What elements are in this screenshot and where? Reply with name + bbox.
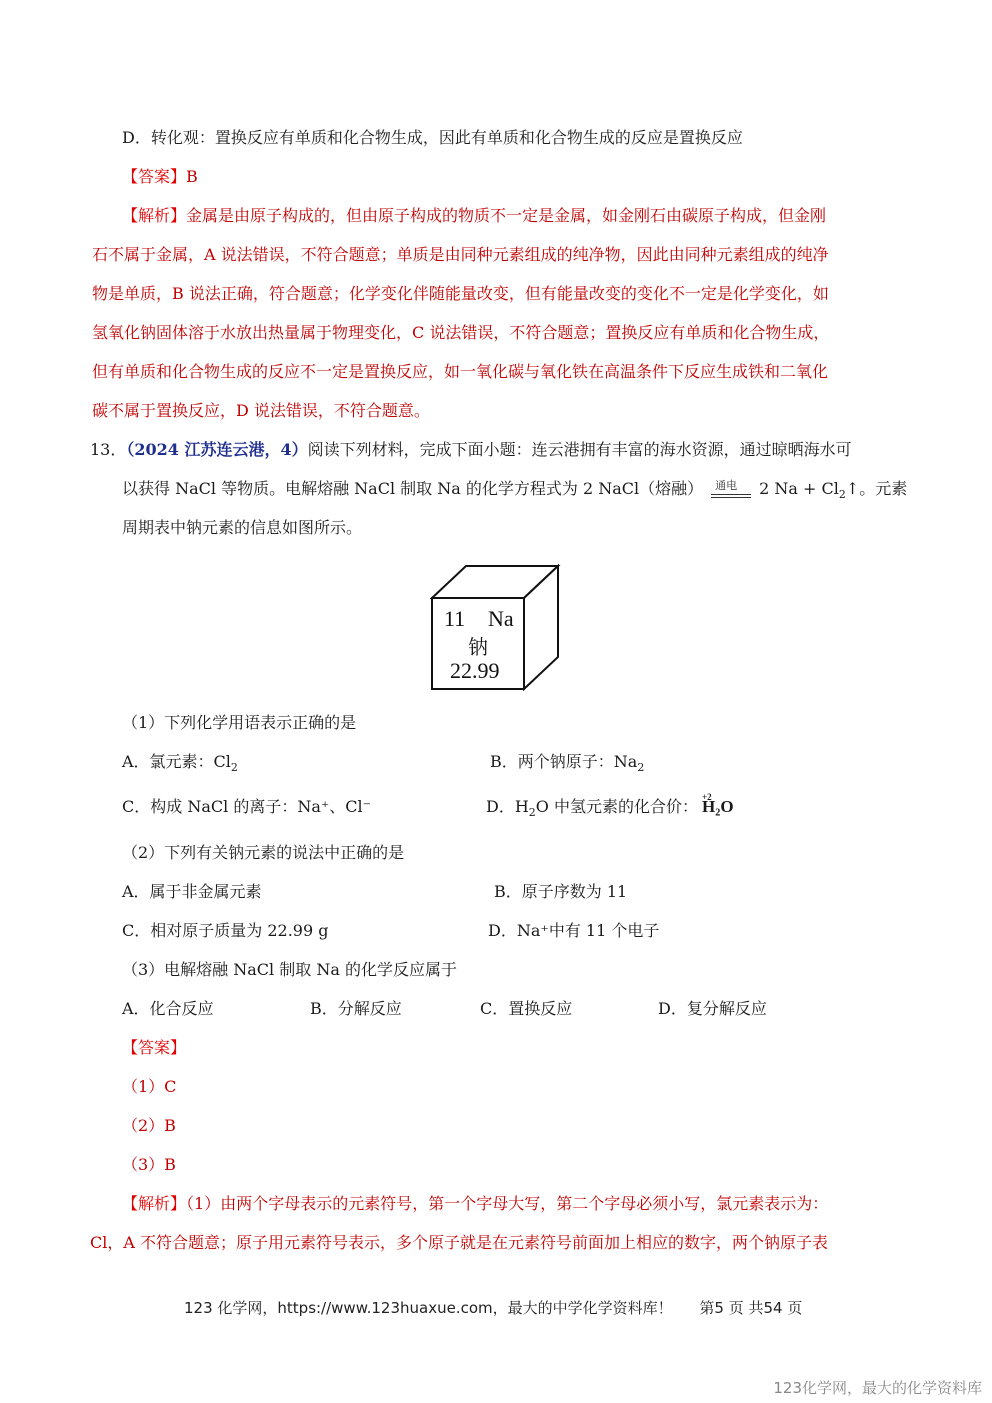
sub1-option-c[interactable]: C．构成 NaCl 的离子：Na⁺、Cl⁻ — [122, 797, 371, 817]
q13-analysis-label: 【解析】 — [122, 1194, 186, 1213]
question-13-stem-line-3: 周期表中钠元素的信息如图所示。 — [122, 518, 362, 538]
answer-value: B — [186, 167, 198, 186]
sub2-option-c[interactable]: C．相对原子质量为 22.99 g — [122, 921, 328, 941]
q13-answer-3: （3）B — [122, 1155, 176, 1175]
equation-condition: 通电 — [715, 476, 737, 496]
sub3-option-c[interactable]: C．置换反应 — [480, 999, 572, 1019]
sub3-option-d[interactable]: D．复分解反应 — [658, 999, 767, 1019]
q13-answer-1: （1）C — [122, 1077, 176, 1097]
question-number: 13． — [90, 440, 126, 459]
element-symbol: Na — [488, 606, 514, 632]
sub1-option-a[interactable]: A．氯元素：Cl2 — [122, 752, 238, 772]
q13-analysis-line-1: 【解析】（1）由两个字母表示的元素符号，第一个字母大写，第二个字母必须小写，氯元… — [122, 1194, 828, 1214]
sub1-option-b[interactable]: B．两个钠原子：Na2 — [490, 752, 644, 772]
sub3-option-a[interactable]: A．化合反应 — [122, 999, 214, 1019]
analysis-line-5: 但有单质和化合物生成的反应不一定是置换反应，如一氧化碳与氧化铁在高温条件下反应生… — [92, 362, 828, 382]
element-card: 11 Na 钠 22.99 — [430, 563, 562, 691]
answer-label: 【答案】 — [122, 167, 186, 186]
element-name: 钠 — [468, 631, 488, 660]
atomic-number: 11 — [444, 606, 465, 632]
analysis-line-1: 【解析】金属是由原子构成的，但由原子构成的物质不一定是金属，如金刚石由碳原子构成… — [122, 206, 826, 226]
q13-answer-label: 【答案】 — [122, 1038, 186, 1058]
page-footer: 123 化学网，https://www.123huaxue.com，最大的中学化… — [184, 1298, 802, 1318]
analysis-line-6: 碳不属于置换反应，D 说法错误，不符合题意。 — [92, 401, 430, 421]
q13-analysis-line-2: Cl，A 不符合题意；原子用元素符号表示，多个原子就是在元素符号前面加上相应的数… — [90, 1233, 828, 1253]
footer-text: 123 化学网，https://www.123huaxue.com，最大的中学化… — [184, 1299, 673, 1317]
sub2-option-d[interactable]: D．Na⁺中有 11 个电子 — [488, 921, 659, 941]
analysis-line-2: 石不属于金属，A 说法错误，不符合题意；单质是由同种元素组成的纯净物，因此由同种… — [92, 245, 829, 265]
option-d-text: D．转化观：置换反应有单质和化合物生成，因此有单质和化合物生成的反应是置换反应 — [122, 128, 743, 148]
sub3-option-b[interactable]: B．分解反应 — [310, 999, 402, 1019]
equation-arrow: 通电 — [711, 480, 751, 500]
sub1-option-d[interactable]: D．H2O 中氢元素的化合价：+2H₂O — [486, 797, 734, 817]
analysis-line-4: 氢氧化钠固体溶于水放出热量属于物理变化，C 说法错误，不符合题意；置换反应有单质… — [92, 323, 829, 343]
question-source: （2024 江苏连云港，4） — [126, 440, 307, 459]
analysis-line-3: 物是单质，B 说法正确，符合题意；化学变化伴随能量改变，但有能量改变的变化不一定… — [92, 284, 829, 304]
analysis-label: 【解析】 — [122, 206, 186, 225]
valence-formula: +2H₂O — [702, 797, 734, 817]
sub2-prompt: （2）下列有关钠元素的说法中正确的是 — [122, 843, 404, 863]
atomic-mass: 22.99 — [450, 658, 500, 684]
watermark: 123化学网，最大的化学资料库 — [773, 1377, 982, 1398]
sub2-option-a[interactable]: A．属于非金属元素 — [122, 882, 262, 902]
sub1-prompt: （1）下列化学用语表示正确的是 — [122, 713, 356, 733]
sub3-prompt: （3）电解熔融 NaCl 制取 Na 的化学反应属于 — [122, 960, 457, 980]
answer-line: 【答案】B — [122, 167, 198, 187]
question-13-stem-line-1: 13．（2024 江苏连云港，4）阅读下列材料，完成下面小题：连云港拥有丰富的海… — [90, 440, 852, 460]
q13-answer-2: （2）B — [122, 1116, 176, 1136]
page-number: 第5 页 共54 页 — [699, 1299, 802, 1317]
sub2-option-b[interactable]: B．原子序数为 11 — [494, 882, 627, 902]
question-13-stem-line-2: 以获得 NaCl 等物质。电解熔融 NaCl 制取 Na 的化学方程式为 2 N… — [122, 479, 907, 500]
